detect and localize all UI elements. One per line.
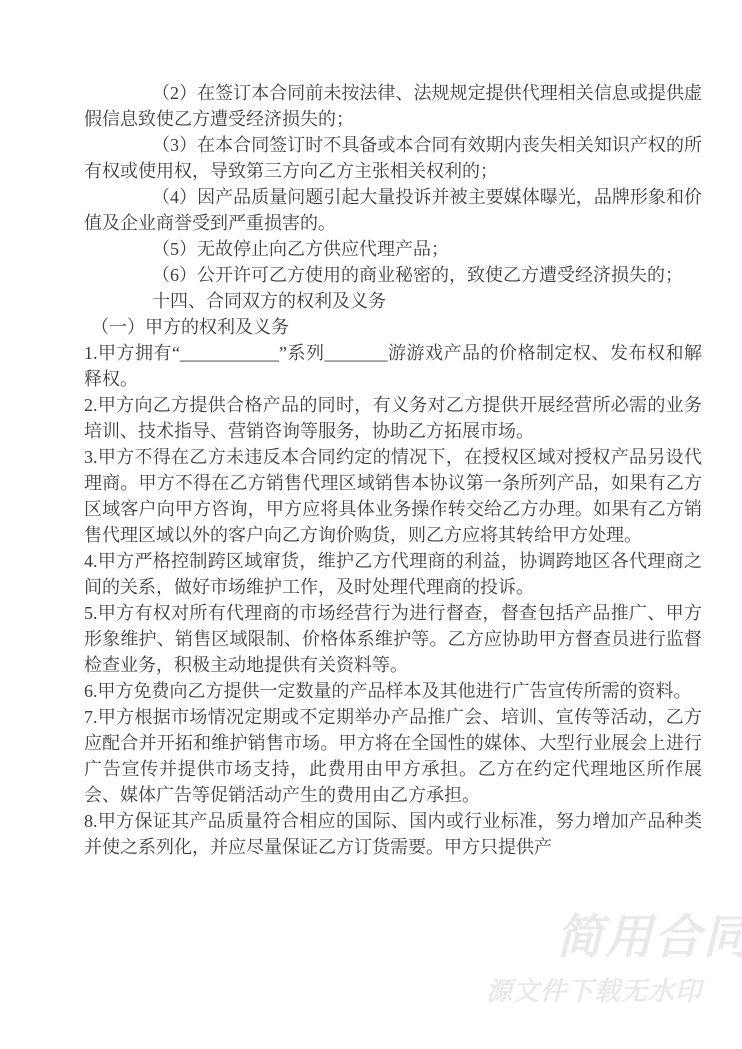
obligation-item-7: 7.甲方根据市场情况定期或不定期举办产品推广会、培训、宣传等活动，乙方应配合并开… [84, 704, 702, 808]
obligation-item-2: 2.甲方向乙方提供合格产品的同时，有义务对乙方提供开展经营所必需的业务培训、技术… [84, 392, 702, 444]
obligation-item-3: 3.甲方不得在乙方未违反本合同约定的情况下，在授权区域对授权产品另设代理商。甲方… [84, 444, 702, 548]
obligation-item-6: 6.甲方免费向乙方提供一定数量的产品样本及其他进行广告宣传所需的资料。 [84, 678, 702, 704]
obligation-item-4: 4.甲方严格控制跨区域窜货，维护乙方代理商的利益，协调跨地区各代理商之间的关系，… [84, 548, 702, 600]
clause-item-4: （4）因产品质量问题引起大量投诉并被主要媒体曝光，品牌形象和价值及企业商誉受到严… [84, 184, 702, 236]
clause-item-6: （6）公开许可乙方使用的商业秘密的，致使乙方遭受经济损失的； [84, 262, 702, 288]
watermark-tagline-text: 源文件下载无水印 [482, 971, 702, 1008]
obligation-item-5: 5.甲方有权对所有代理商的市场经营行为进行督查，督查包括产品推广、甲方形象维护、… [84, 600, 702, 678]
watermark: 简用合同 源文件下载无水印 [482, 900, 742, 1008]
obligation-item-8: 8.甲方保证其产品质量符合相应的国际、国内或行业标准，努力增加产品种类并使之系列… [84, 808, 702, 860]
clause-item-3: （3）在本合同签订时不具备或本合同有效期内丧失相关知识产权的所有权或使用权，导致… [84, 132, 702, 184]
section-heading-14: 十四、合同双方的权利及义务 [84, 288, 702, 314]
document-body: （2）在签订本合同前未按法律、法规规定提供代理相关信息或提供虚假信息致使乙方遭受… [84, 80, 702, 860]
clause-item-2: （2）在签订本合同前未按法律、法规规定提供代理相关信息或提供虚假信息致使乙方遭受… [84, 80, 702, 132]
obligation-item-1: 1.甲方拥有“___________”系列_______游游戏产品的价格制定权、… [84, 340, 702, 392]
clause-item-5: （5）无故停止向乙方供应代理产品； [84, 236, 702, 262]
watermark-brand-text: 简用合同 [482, 900, 742, 967]
document-page: 简用合同 源文件下载无水印 （2）在签订本合同前未按法律、法规规定提供代理相关信… [0, 0, 742, 1049]
subsection-heading-party-a: （一）甲方的权利及义务 [84, 314, 702, 340]
